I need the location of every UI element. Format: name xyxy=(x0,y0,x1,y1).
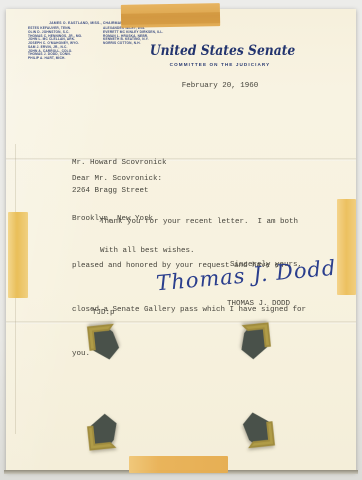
recipient-name: Mr. Howard Scovronick xyxy=(72,159,167,168)
committee-subtitle: COMMITTEE ON THE JUDICIARY xyxy=(140,62,300,67)
letter-paper: JAMES O. EASTLAND, MISS., CHAIRMAN ESTES… xyxy=(6,9,356,472)
typist-initials: TJD:p xyxy=(92,309,115,318)
member-name: PHILIP A. HART, MICH. xyxy=(28,57,82,61)
tape-right-icon xyxy=(337,199,356,295)
photo-corner-icon xyxy=(83,410,123,454)
letter-date: February 20, 1960 xyxy=(140,82,300,91)
photo-corner-icon xyxy=(238,408,278,452)
letterhead-members-left: ESTES KEFAUVER, TENN. OLIN D. JOHNSTON, … xyxy=(28,27,82,61)
closing-line: With all best wishes. xyxy=(100,247,195,256)
tape-left-icon xyxy=(8,212,28,298)
fold-crease-upper xyxy=(6,158,356,161)
tape-bottom-icon xyxy=(129,456,228,473)
typed-signature: THOMAS J. DODD xyxy=(227,300,290,309)
photo-corner-top-right-icon xyxy=(235,319,275,363)
photo-corner-icon xyxy=(84,320,124,364)
tape-dark-band xyxy=(121,12,220,25)
scanned-letter-photo: JAMES O. EASTLAND, MISS., CHAIRMAN ESTES… xyxy=(0,0,362,480)
tape-top-icon xyxy=(121,3,220,28)
salutation: Dear Mr. Scovronick: xyxy=(72,175,162,184)
senate-title: United States Senate xyxy=(150,43,295,59)
photo-corner-bottom-right-icon xyxy=(238,408,278,452)
photo-corner-top-left-icon xyxy=(84,320,124,364)
photo-corner-bottom-left-icon xyxy=(83,410,123,454)
letterhead-masthead: United States Senate COMMITTEE ON THE JU… xyxy=(140,42,300,67)
photo-corner-icon xyxy=(235,319,275,363)
body-line: Thank you for your recent letter. I am b… xyxy=(72,215,306,230)
